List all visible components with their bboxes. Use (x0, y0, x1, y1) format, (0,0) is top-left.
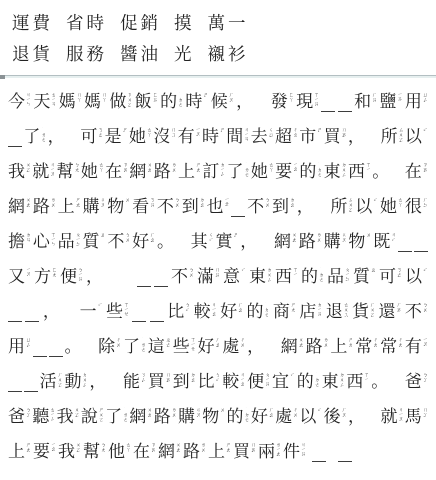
zhuyin-annotation: ㄏㄢˋ (371, 92, 376, 112)
divider-line (0, 75, 436, 79)
zhuyin-annotation: ㄅㄧˇ (184, 302, 189, 322)
hanzi-char: 不 (171, 266, 188, 287)
hanzi-char: 幫 (83, 441, 100, 462)
hanzi-char: 看 (132, 196, 149, 217)
hanzi-char: 網 (274, 231, 291, 252)
passage-line-6: 又ㄧㄡˋ方ㄈㄤ便ㄅㄧㄢˋ，不ㄅㄨˋ滿ㄇㄢˇ意ㄧˋ東ㄉㄨㄥ西ㄒㄧ的˙ㄉㄜ品ㄆㄧㄣˇ… (8, 259, 428, 294)
word-bank-word: 萬一 (208, 13, 249, 34)
char-with-zhuyin: 了˙ㄌㄜ (23, 126, 46, 147)
hanzi-char: 還 (379, 301, 396, 322)
char-with-zhuyin: 動ㄉㄨㄥˋ (64, 371, 87, 392)
char-with-zhuyin: 這ㄓㄜˋ (148, 336, 171, 357)
zhuyin-annotation: ㄕㄤ (290, 302, 295, 322)
hanzi-char: 上 (178, 161, 195, 182)
char-with-zhuyin: 到ㄉㄠˋ (173, 371, 196, 392)
hanzi-char: 便 (247, 371, 264, 392)
zhuyin-annotation: ˙ㄉㄜ (177, 92, 182, 112)
punctuation: ， (43, 301, 61, 322)
hanzi-char: 質 (353, 266, 370, 287)
char-with-zhuyin: 意ㄧˋ (223, 266, 246, 287)
hanzi-char: 做 (109, 91, 126, 112)
zhuyin-annotation: ˙ㄌㄜ (140, 337, 145, 357)
passage-line-1: 今ㄐㄧㄣ天ㄊㄧㄢ媽ㄇㄚ媽ㄇㄚ做ㄗㄨㄛˋ飯ㄈㄢˋ的˙ㄉㄜ時ㄕˊ候ㄏㄡˋ，發ㄈㄚ現ㄒ… (8, 84, 428, 119)
hanzi-char: 要 (33, 441, 50, 462)
zhuyin-annotation: ㄕˊ (202, 92, 207, 112)
hanzi-char: 了 (123, 336, 140, 357)
zhuyin-annotation: ㄏㄠˇ (214, 337, 219, 357)
char-with-zhuyin: 用ㄩㄥˋ (405, 91, 428, 112)
char-with-zhuyin: 還ㄏㄞˊ (379, 301, 402, 322)
zhuyin-annotation: ㄕˊ (232, 232, 237, 252)
zhuyin-annotation: ㄇㄚˇ (422, 407, 427, 427)
char-with-zhuyin: 要ㄧㄠˋ (275, 161, 298, 182)
hanzi-char: 時 (202, 126, 219, 147)
spacer (317, 216, 329, 217)
char-with-zhuyin: 路ㄌㄨˋ (154, 406, 177, 427)
fill-in-blank (338, 106, 352, 112)
spacer (107, 286, 119, 287)
zhuyin-annotation: ㄇㄢˇ (214, 267, 219, 287)
zhuyin-annotation: ㄨㄤˇ (175, 442, 180, 462)
passage-line-11: 上ㄕㄤˋ要ㄧㄠˋ我ㄨㄛˇ幫ㄅㄤ他ㄊㄚ在ㄗㄞˋ網ㄨㄤˇ路ㄌㄨˋ上ㄕㄤˋ買ㄇㄞˇ兩ㄌ… (8, 434, 428, 469)
char-with-zhuyin: 路ㄌㄨˋ (299, 231, 322, 252)
char-with-zhuyin: 滿ㄇㄢˇ (197, 266, 220, 287)
hanzi-char: 網 (281, 336, 298, 357)
zhuyin-annotation: ㄐㄧㄠˋ (239, 372, 244, 392)
word-bank-word: 省時 (66, 13, 107, 34)
zhuyin-annotation: ㄕㄤˋ (25, 442, 30, 462)
hanzi-char: 她 (129, 126, 146, 147)
char-with-zhuyin: 我ㄨㄛˇ (58, 441, 81, 462)
hanzi-char: 這 (148, 336, 165, 357)
zhuyin-annotation: ㄒㄧㄢˋ (313, 92, 318, 112)
zhuyin-annotation: ㄨㄤˇ (146, 162, 151, 182)
hanzi-char: 西 (348, 161, 365, 182)
zhuyin-annotation: ˙ㄌㄜ (40, 127, 45, 147)
zhuyin-annotation: ㄒㄧㄝ (190, 337, 195, 357)
char-with-zhuyin: 有ㄧㄡˇ (178, 126, 201, 147)
char-with-zhuyin: 她ㄊㄚ (251, 161, 274, 182)
word-bank-word: 服務 (66, 44, 107, 65)
char-with-zhuyin: 買ㄇㄞˇ (324, 126, 347, 147)
char-with-zhuyin: 品ㄆㄧㄣˇ (58, 231, 81, 252)
char-with-zhuyin: 上ㄕㄤˋ (58, 196, 81, 217)
char-with-zhuyin: 沒ㄇㄟˊ (153, 126, 176, 147)
char-with-zhuyin: 馬ㄇㄚˇ (405, 406, 428, 427)
zhuyin-annotation: ㄅㄨˊ (422, 302, 427, 322)
hanzi-char: 去 (251, 126, 268, 147)
char-with-zhuyin: 件ㄐㄧㄢˋ (283, 441, 306, 462)
zhuyin-annotation: ㄉㄧㄢˋ (316, 302, 321, 322)
char-with-zhuyin: 在ㄗㄞˋ (405, 161, 428, 182)
passage-line-9: 活ㄏㄨㄛˊ動ㄉㄨㄥˋ，能ㄋㄥˊ買ㄇㄞˇ到ㄉㄠˋ比ㄅㄧˇ較ㄐㄧㄠˋ便ㄆㄧㄢˊ宜ㄧˊ… (8, 364, 428, 399)
hanzi-char: 他 (108, 441, 125, 462)
zhuyin-annotation: ㄐㄧㄡˋ (398, 407, 403, 427)
char-with-zhuyin: 購ㄍㄡˋ (82, 196, 105, 217)
char-with-zhuyin: 以ㄧˇ (405, 266, 428, 287)
char-with-zhuyin: 就ㄐㄧㄡˋ (381, 406, 404, 427)
hanzi-char: 不 (157, 196, 174, 217)
char-with-zhuyin: 後ㄏㄡˋ (324, 406, 347, 427)
hanzi-char: 能 (123, 371, 140, 392)
hanzi-char: 我 (8, 161, 25, 182)
fill-in-blank (231, 211, 245, 217)
hanzi-char: 品 (58, 231, 75, 252)
hanzi-char: 是 (105, 126, 122, 147)
zhuyin-annotation: ㄒㄧ (292, 267, 297, 287)
char-with-zhuyin: 說ㄕㄨㄛ (81, 406, 104, 427)
char-with-zhuyin: 要ㄧㄠˋ (33, 441, 56, 462)
zhuyin-annotation: ㄕㄤˋ (225, 442, 230, 462)
char-with-zhuyin: 時ㄕˊ (202, 126, 225, 147)
char-with-zhuyin: 的˙ㄉㄜ (297, 371, 320, 392)
zhuyin-annotation: ㄐㄧㄣ (25, 92, 30, 112)
zhuyin-annotation: ㄔㄨˋ (239, 337, 244, 357)
char-with-zhuyin: 可ㄎㄜˇ (379, 266, 402, 287)
zhuyin-annotation: ㄧˇ (372, 197, 377, 217)
spacer (260, 251, 272, 252)
char-with-zhuyin: 心ㄒㄧㄣ (33, 231, 56, 252)
hanzi-char: 網 (129, 161, 146, 182)
hanzi-char: 天 (33, 91, 50, 112)
zhuyin-annotation: ㄧㄡˋ (25, 267, 30, 287)
fill-in-blank (132, 316, 146, 322)
zhuyin-annotation: ㄨㄛˇ (25, 162, 30, 182)
char-with-zhuyin: 就ㄐㄧㄡˋ (32, 161, 55, 182)
hanzi-char: 發 (271, 91, 288, 112)
zhuyin-annotation: ㄌㄨˋ (171, 162, 176, 182)
char-with-zhuyin: 訂ㄉㄧㄥˋ (202, 161, 225, 182)
char-with-zhuyin: 用ㄩㄥˋ (8, 336, 31, 357)
hanzi-char: 訂 (202, 161, 219, 182)
char-with-zhuyin: 好ㄏㄠˇ (132, 231, 155, 252)
char-with-zhuyin: 看ㄎㄢˋ (132, 196, 155, 217)
spacer (122, 286, 134, 287)
zhuyin-annotation: ㄒㄧㄣ (50, 232, 55, 252)
hanzi-char: 好 (251, 406, 268, 427)
zhuyin-annotation: ㄧˇ (316, 407, 321, 427)
zhuyin-annotation: ㄙㄨㄛˇ (398, 127, 403, 147)
punctuation: ， (48, 126, 66, 147)
zhuyin-annotation: ˙ㄉㄜ (263, 302, 268, 322)
zhuyin-annotation: ㄍㄡˋ (195, 407, 200, 427)
char-with-zhuyin: 路ㄌㄨˋ (154, 161, 177, 182)
fill-in-blank (49, 351, 63, 357)
char-with-zhuyin: 常ㄔㄤˊ (380, 336, 403, 357)
hanzi-char: 東 (322, 371, 339, 392)
hanzi-char: 物 (202, 406, 219, 427)
hanzi-char: 間 (226, 126, 243, 147)
zhuyin-annotation: ㄏㄠˇ (268, 407, 273, 427)
zhuyin-annotation: ㄌㄧㄤˇ (275, 442, 280, 462)
punctuation: 。 (372, 161, 390, 182)
hanzi-char: 時 (185, 91, 202, 112)
zhuyin-annotation: ㄌㄨˋ (171, 407, 176, 427)
zhuyin-annotation: ㄉㄠˋ (199, 197, 204, 217)
zhuyin-annotation: ㄉㄨㄥˋ (81, 372, 86, 392)
zhuyin-annotation: ㄨㄤˇ (146, 407, 151, 427)
spacer (177, 251, 189, 252)
spacer (256, 111, 268, 112)
char-with-zhuyin: 以ㄧˇ (355, 196, 378, 217)
char-with-zhuyin: 爸ㄅㄚˋ (405, 371, 428, 392)
zhuyin-annotation: ㄧㄡˇ (195, 127, 200, 147)
hanzi-char: 退 (326, 301, 343, 322)
hanzi-char: 要 (275, 161, 292, 182)
hanzi-char: 所 (381, 126, 398, 147)
char-with-zhuyin: 上ㄕㄤˋ (330, 336, 353, 357)
zhuyin-annotation: ㄕˋ (122, 127, 127, 147)
punctuation: 。 (64, 336, 82, 357)
spacer (64, 321, 76, 322)
char-with-zhuyin: 有ㄧㄡˇ (405, 336, 428, 357)
hanzi-char: 的 (246, 301, 263, 322)
zhuyin-annotation: ㄅㄚˋ (422, 372, 427, 392)
word-bank-row-1: 運費省時促銷摸萬一 (12, 13, 424, 34)
zhuyin-annotation: ㄒㄧ (365, 162, 370, 182)
zhuyin-annotation: ㄅㄨˊ (174, 197, 179, 217)
passage-line-3: 我ㄨㄛˇ就ㄐㄧㄡˋ幫ㄅㄤ她ㄊㄚ在ㄗㄞˋ網ㄨㄤˇ路ㄌㄨˋ上ㄕㄤˋ訂ㄉㄧㄥˋ了˙ㄌㄜ… (8, 154, 428, 189)
fill-in-blank (8, 141, 22, 147)
char-with-zhuyin: 東ㄉㄨㄥ (324, 161, 347, 182)
zhuyin-annotation: ㄨㄛˇ (74, 407, 79, 427)
zhuyin-annotation: ㄊㄚ (125, 442, 130, 462)
char-with-zhuyin: 好ㄏㄠˇ (251, 406, 274, 427)
hanzi-char: 馬 (405, 406, 422, 427)
zhuyin-annotation: ㄨㄛˇ (75, 442, 80, 462)
zhuyin-annotation: ㄉㄧㄥˋ (219, 162, 224, 182)
hanzi-char: 不 (107, 231, 124, 252)
char-with-zhuyin: 便ㄅㄧㄢˋ (60, 266, 83, 287)
spacer (109, 391, 121, 392)
hanzi-char: 又 (8, 266, 25, 287)
zhuyin-annotation: ㄇㄞˇ (250, 442, 255, 462)
punctuation: ， (89, 371, 107, 392)
zhuyin-annotation: ㄗㄞˋ (422, 162, 427, 182)
zhuyin-annotation: ㄐㄧㄢˋ (300, 442, 305, 462)
char-with-zhuyin: 上ㄕㄤˋ (178, 161, 201, 182)
passage-line-2: 了˙ㄌㄜ，可ㄎㄜˇ是ㄕˋ她ㄊㄚ沒ㄇㄟˊ有ㄧㄡˇ時ㄕˊ間ㄐㄧㄢ去ㄑㄩˋ超ㄔㄠ市ㄕˋ… (8, 119, 428, 154)
char-with-zhuyin: 不ㄅㄨˊ (405, 301, 428, 322)
zhuyin-annotation: ㄩㄥˋ (25, 337, 30, 357)
hanzi-char: 既 (373, 231, 390, 252)
zhuyin-annotation: ㄒㄧㄝ (123, 302, 128, 322)
char-with-zhuyin: 了˙ㄌㄜ (105, 406, 128, 427)
hanzi-char: 我 (57, 406, 74, 427)
char-with-zhuyin: 幫ㄅㄤ (57, 161, 80, 182)
char-with-zhuyin: 到ㄉㄠˋ (182, 196, 205, 217)
hanzi-char: 以 (405, 126, 422, 147)
zhuyin-annotation: ㄎㄜˇ (97, 127, 102, 147)
spacer (67, 146, 79, 147)
zhuyin-annotation: ㄨㄤˇ (298, 337, 303, 357)
char-with-zhuyin: 以ㄧˇ (405, 126, 428, 147)
char-with-zhuyin: 品ㄆㄧㄣˇ (327, 266, 350, 287)
zhuyin-annotation: ㄨㄤˇ (291, 232, 296, 252)
zhuyin-annotation: ㄑㄧˊ (208, 232, 213, 252)
char-with-zhuyin: 一ㄧˋ (80, 301, 103, 322)
worksheet-page: 運費省時促銷摸萬一退貨服務醬油光襯衫 今ㄐㄧㄣ天ㄊㄧㄢ媽ㄇㄚ媽ㄇㄚ做ㄗㄨㄛˋ飯ㄈ… (0, 0, 436, 480)
zhuyin-annotation: ㄗㄨㄛˋ (126, 92, 131, 112)
char-with-zhuyin: 些ㄒㄧㄝ (106, 301, 129, 322)
punctuation: ， (297, 196, 315, 217)
hanzi-char: 了 (105, 406, 122, 427)
char-with-zhuyin: 聽ㄊㄧㄥ (32, 406, 55, 427)
char-with-zhuyin: 西ㄒㄧ (275, 266, 298, 287)
hanzi-char: 一 (80, 301, 97, 322)
fill-in-blank (8, 316, 22, 322)
punctuation: 。 (157, 231, 175, 252)
fill-in-blank (8, 386, 22, 392)
fill-in-blank (321, 106, 335, 112)
zhuyin-annotation: ㄏㄠˇ (237, 302, 242, 322)
hanzi-char: 到 (173, 371, 190, 392)
hanzi-char: 的 (301, 266, 318, 287)
hanzi-char: 心 (33, 231, 50, 252)
zhuyin-annotation: ㄑㄩˋ (268, 127, 273, 147)
zhuyin-annotation: ㄕˋ (316, 127, 321, 147)
punctuation: ， (348, 406, 366, 427)
zhuyin-annotation: ㄏㄣˇ (422, 197, 427, 217)
hanzi-char: 沒 (153, 126, 170, 147)
zhuyin-annotation: ㄔㄨˋ (292, 407, 297, 427)
char-with-zhuyin: 她ㄊㄚ (129, 126, 152, 147)
hanzi-char: 爸 (8, 406, 25, 427)
char-with-zhuyin: 購ㄍㄡˋ (178, 406, 201, 427)
fill-in-blank (414, 246, 428, 252)
zhuyin-annotation: ㄒㄧ (363, 372, 368, 392)
zhuyin-annotation: ㄇㄟˊ (170, 127, 175, 147)
char-with-zhuyin: 兩ㄌㄧㄤˇ (258, 441, 281, 462)
fill-in-blank (398, 246, 412, 252)
char-with-zhuyin: 媽ㄇㄚ (59, 91, 82, 112)
zhuyin-annotation: ˙ㄉㄜ (244, 407, 249, 427)
zhuyin-annotation: ㄇㄚ (101, 92, 106, 112)
hanzi-char: 了 (23, 126, 40, 147)
word-bank-word: 光 (174, 44, 195, 65)
zhuyin-annotation: ㄅㄧˇ (214, 372, 219, 392)
zhuyin-annotation: ㄨㄤˇ (25, 197, 30, 217)
zhuyin-annotation: ㄉㄨㄥ (266, 267, 271, 287)
hanzi-char: 上 (58, 196, 75, 217)
word-bank: 運費省時促銷摸萬一退貨服務醬油光襯衫 (0, 0, 436, 65)
zhuyin-annotation: ㄊㄧㄢ (50, 92, 55, 112)
fill-in-blank (25, 316, 39, 322)
hanzi-char: 路 (154, 161, 171, 182)
punctuation: ， (236, 91, 254, 112)
char-with-zhuyin: 發ㄈㄚ (271, 91, 294, 112)
hanzi-char: 就 (381, 406, 398, 427)
zhuyin-annotation: ㄇㄞˇ (341, 127, 346, 147)
char-with-zhuyin: 東ㄉㄨㄥ (322, 371, 345, 392)
hanzi-char: 有 (178, 126, 195, 147)
char-with-zhuyin: 她ㄊㄚ (81, 161, 104, 182)
zhuyin-annotation: ㄏㄨㄛˋ (369, 302, 374, 322)
char-with-zhuyin: 的˙ㄉㄜ (246, 301, 269, 322)
hanzi-char: 到 (272, 196, 289, 217)
char-with-zhuyin: 我ㄨㄛˇ (8, 161, 31, 182)
fill-in-blank (24, 386, 38, 392)
char-with-zhuyin: 好ㄏㄠˇ (197, 336, 220, 357)
hanzi-char: 到 (182, 196, 199, 217)
zhuyin-annotation: ㄧㄡˇ (422, 337, 427, 357)
hanzi-char: 動 (64, 371, 81, 392)
char-with-zhuyin: 我ㄨㄛˇ (57, 406, 80, 427)
zhuyin-annotation: ㄇㄞˇ (165, 372, 170, 392)
punctuation: 。 (371, 371, 389, 392)
zhuyin-annotation: ㄊㄚ (146, 127, 151, 147)
hanzi-char: 店 (299, 301, 316, 322)
hanzi-char: 以 (355, 196, 372, 217)
spacer (367, 426, 379, 427)
char-with-zhuyin: 今ㄐㄧㄣ (8, 91, 31, 112)
char-with-zhuyin: 在ㄗㄞˋ (105, 161, 128, 182)
char-with-zhuyin: 除ㄔㄨˊ (98, 336, 121, 357)
word-bank-row-2: 退貨服務醬油光襯衫 (12, 44, 424, 65)
char-with-zhuyin: 又ㄧㄡˋ (8, 266, 31, 287)
word-bank-word: 運費 (12, 13, 53, 34)
char-with-zhuyin: 質ㄓˊ (82, 231, 105, 252)
zhuyin-annotation: ㄧˇ (422, 267, 427, 287)
hanzi-char: 以 (405, 266, 422, 287)
hanzi-char: 買 (148, 371, 165, 392)
zhuyin-annotation: ㄅㄚˋ (25, 407, 30, 427)
hanzi-char: 以 (299, 406, 316, 427)
spacer (367, 146, 379, 147)
hanzi-char: 西 (346, 371, 363, 392)
zhuyin-annotation: ㄏㄠˇ (149, 232, 154, 252)
hanzi-char: 上 (330, 336, 347, 357)
hanzi-char: 我 (58, 441, 75, 462)
char-with-zhuyin: 所ㄙㄨㄛˇ (381, 126, 404, 147)
zhuyin-annotation: ㄆㄧㄢˊ (264, 372, 269, 392)
fill-in-blank (338, 456, 352, 462)
hanzi-char: 購 (178, 406, 195, 427)
hanzi-char: 方 (34, 266, 51, 287)
zhuyin-annotation: ㄕˊ (219, 127, 224, 147)
hanzi-char: 可 (80, 126, 97, 147)
zhuyin-annotation: ㄧㄠˋ (292, 162, 297, 182)
char-with-zhuyin: 了˙ㄌㄜ (227, 161, 250, 182)
char-with-zhuyin: 東ㄉㄨㄥ (249, 266, 272, 287)
char-with-zhuyin: 網ㄨㄤˇ (281, 336, 304, 357)
passage-line-5: 擔ㄉㄢ心ㄒㄧㄣ品ㄆㄧㄣˇ質ㄓˊ不ㄅㄨˋ好ㄏㄠˇ。其ㄑㄧˊ實ㄕˊ，網ㄨㄤˇ路ㄌㄨˋ… (8, 224, 428, 259)
zhuyin-annotation: ㄎㄜˇ (396, 267, 401, 287)
hanzi-char: 比 (167, 301, 184, 322)
fill-in-blank (150, 316, 164, 322)
zhuyin-annotation: ㄅㄨˋ (124, 232, 129, 252)
hanzi-char: 她 (380, 196, 397, 217)
zhuyin-annotation: ˙ㄌㄜ (244, 162, 249, 182)
hanzi-char: 很 (405, 196, 422, 217)
char-with-zhuyin: 市ㄕˋ (299, 126, 322, 147)
hanzi-char: 貨 (352, 301, 369, 322)
fill-in-blank (33, 351, 47, 357)
zhuyin-annotation: ㄐㄧㄢ (243, 127, 248, 147)
zhuyin-annotation: ㄕㄨㄛ (98, 407, 103, 427)
zhuyin-annotation: ㄔㄠ (292, 127, 297, 147)
zhuyin-annotation: ㄍㄡˋ (341, 232, 346, 252)
hanzi-char: 現 (296, 91, 313, 112)
zhuyin-annotation: ㄗㄞˋ (150, 442, 155, 462)
zhuyin-annotation: ㄍㄡˋ (99, 197, 104, 217)
hanzi-char: 東 (324, 161, 341, 182)
char-with-zhuyin: 網ㄨㄤˇ (158, 441, 181, 462)
hanzi-char: 候 (211, 91, 228, 112)
hanzi-char: 常 (355, 336, 372, 357)
char-with-zhuyin: 是ㄕˋ (105, 126, 128, 147)
hanzi-char: 了 (227, 161, 244, 182)
